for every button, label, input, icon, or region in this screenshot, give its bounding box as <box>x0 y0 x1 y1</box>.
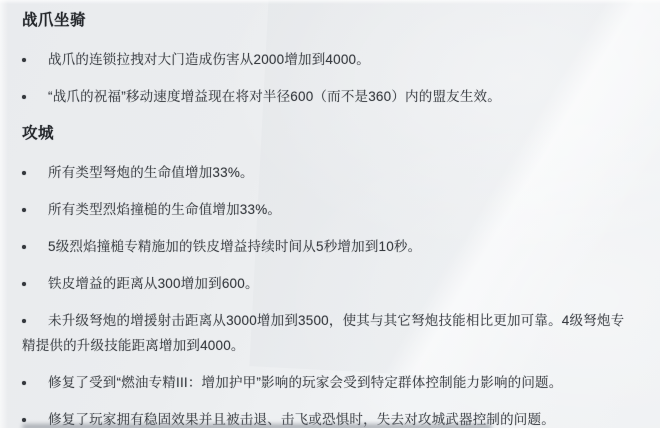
bullet-icon <box>22 58 26 62</box>
bullet-item: 修复了玩家拥有稳固效果并且被击退、击飞或恐惧时，失去对攻城武器控制的问题。 <box>22 407 626 428</box>
section-warclaw-mount: 战爪坐骑 战爪的连锁拉拽对大门造成伤害从2000增加到4000。 “战爪的祝福”… <box>22 10 626 109</box>
bullet-text: 修复了玩家拥有稳固效果并且被击退、击飞或恐惧时，失去对攻城武器控制的问题。 <box>48 412 555 427</box>
bullet-icon <box>22 208 26 212</box>
patch-notes-page: 战爪坐骑 战爪的连锁拉拽对大门造成伤害从2000增加到4000。 “战爪的祝福”… <box>0 0 660 428</box>
bullet-icon <box>22 319 26 323</box>
section-siege: 攻城 所有类型弩炮的生命值增加33%。 所有类型烈焰撞槌的生命值增加33%。 5… <box>22 123 626 428</box>
bullet-item: 5级烈焰撞槌专精施加的铁皮增益持续时间从5秒增加到10秒。 <box>22 234 626 259</box>
bullet-text: 所有类型烈焰撞槌的生命值增加33%。 <box>48 202 281 217</box>
bullet-icon <box>22 381 26 385</box>
bullet-text: 未升级弩炮的增援射击距离从3000增加到3500，使其与其它弩炮技能相比更加可靠… <box>22 313 624 353</box>
bullet-text: 战爪的连锁拉拽对大门造成伤害从2000增加到4000。 <box>48 52 370 67</box>
bullet-text: “战爪的祝福”移动速度增益现在将对半径600（而不是360）内的盟友生效。 <box>48 89 501 104</box>
bullet-text: 所有类型弩炮的生命值增加33%。 <box>48 165 254 180</box>
bullet-text: 铁皮增益的距离从300增加到600。 <box>48 276 259 291</box>
bullet-item: 修复了受到“燃油专精III：增加护甲”影响的玩家会受到特定群体控制能力影响的问题… <box>22 370 626 395</box>
bullet-icon <box>22 245 26 249</box>
bullet-item: 所有类型弩炮的生命值增加33%。 <box>22 160 626 185</box>
section-heading-siege: 攻城 <box>22 123 626 145</box>
bullet-text: 5级烈焰撞槌专精施加的铁皮增益持续时间从5秒增加到10秒。 <box>48 239 421 254</box>
bullet-item: 铁皮增益的距离从300增加到600。 <box>22 271 626 296</box>
bullet-icon <box>22 95 26 99</box>
bullet-icon <box>22 418 26 422</box>
bullet-item: “战爪的祝福”移动速度增益现在将对半径600（而不是360）内的盟友生效。 <box>22 84 626 109</box>
bullet-item: 战爪的连锁拉拽对大门造成伤害从2000增加到4000。 <box>22 47 626 72</box>
bullet-text: 修复了受到“燃油专精III：增加护甲”影响的玩家会受到特定群体控制能力影响的问题… <box>48 375 562 390</box>
bullet-icon <box>22 282 26 286</box>
patch-notes-content: 战爪坐骑 战爪的连锁拉拽对大门造成伤害从2000增加到4000。 “战爪的祝福”… <box>0 0 660 428</box>
bullet-item: 所有类型烈焰撞槌的生命值增加33%。 <box>22 197 626 222</box>
bullet-item: 未升级弩炮的增援射击距离从3000增加到3500，使其与其它弩炮技能相比更加可靠… <box>22 308 626 358</box>
section-heading-warclaw: 战爪坐骑 <box>22 10 626 32</box>
bullet-icon <box>22 171 26 175</box>
